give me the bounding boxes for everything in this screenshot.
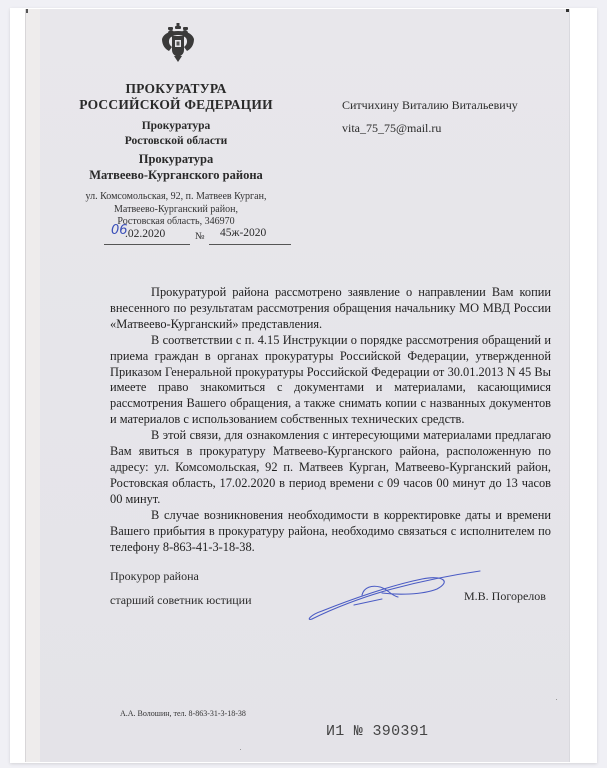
recipient-email: vita_75_75@mail.ru — [342, 117, 518, 140]
recipient-name: Ситчихину Виталию Витальевичу — [342, 94, 518, 117]
scan-edge-strip — [26, 9, 40, 762]
district-line-2: Матвеево-Курганского района — [56, 167, 296, 183]
scan-corner-mark — [26, 9, 28, 13]
scan-speck — [240, 749, 241, 750]
position-line-2: старший советник юстиции — [110, 588, 252, 612]
handwritten-signature — [302, 569, 482, 625]
document-date: .02.2020 — [125, 228, 165, 240]
form-serial-number: И1 № 390391 — [326, 723, 428, 740]
body-paragraph: Прокуратурой района рассмотрено заявлени… — [110, 285, 551, 333]
document-number: 45ж-2020 — [220, 227, 266, 239]
date-number-line: 06 .02.2020 № 45ж-2020 — [104, 226, 344, 246]
organization-name: ПРОКУРАТУРА РОССИЙСКОЙ ФЕДЕРАЦИИ — [56, 81, 296, 113]
regional-office-name: Прокуратура Ростовской области — [56, 119, 296, 149]
scan-corner-mark — [566, 9, 569, 12]
signatory-position: Прокурор района старший советник юстиции — [110, 564, 252, 612]
scanned-letter-page: ПРОКУРАТУРА РОССИЙСКОЙ ФЕДЕРАЦИИ Прокура… — [25, 9, 570, 762]
date-underline — [104, 244, 190, 245]
letter-body: Прокуратурой района рассмотрено заявлени… — [110, 285, 551, 555]
position-line-1: Прокурор района — [110, 564, 252, 588]
regional-line-1: Прокуратура — [56, 119, 296, 134]
district-office-name: Прокуратура Матвеево-Курганского района — [56, 151, 296, 183]
scan-speck — [556, 699, 557, 700]
russian-coat-of-arms-icon — [160, 23, 196, 63]
address-line-2: Матвеево-Курганский район, — [56, 204, 296, 217]
organization-line-1: ПРОКУРАТУРА — [56, 81, 296, 97]
recipient-block: Ситчихину Виталию Витальевичу vita_75_75… — [342, 94, 518, 140]
regional-line-2: Ростовской области — [56, 134, 296, 149]
organization-line-2: РОССИЙСКОЙ ФЕДЕРАЦИИ — [56, 97, 296, 113]
document-viewer-card: ПРОКУРАТУРА РОССИЙСКОЙ ФЕДЕРАЦИИ Прокура… — [10, 8, 597, 763]
body-paragraph: В этой связи, для ознакомления с интерес… — [110, 428, 551, 508]
district-line-1: Прокуратура — [56, 151, 296, 167]
number-underline — [209, 244, 291, 245]
body-paragraph: В соответствии с п. 4.15 Инструкции о по… — [110, 333, 551, 428]
executor-contact: А.А. Волошин, тел. 8-863-31-3-18-38 — [120, 709, 246, 718]
address-line-1: ул. Комсомольская, 92, п. Матвеев Курган… — [56, 191, 296, 204]
office-address: ул. Комсомольская, 92, п. Матвеев Курган… — [56, 191, 296, 229]
body-paragraph: В случае возникновения необходимости в к… — [110, 508, 551, 556]
number-sign: № — [195, 231, 205, 242]
signatory-name: М.В. Погорелов — [464, 589, 546, 604]
